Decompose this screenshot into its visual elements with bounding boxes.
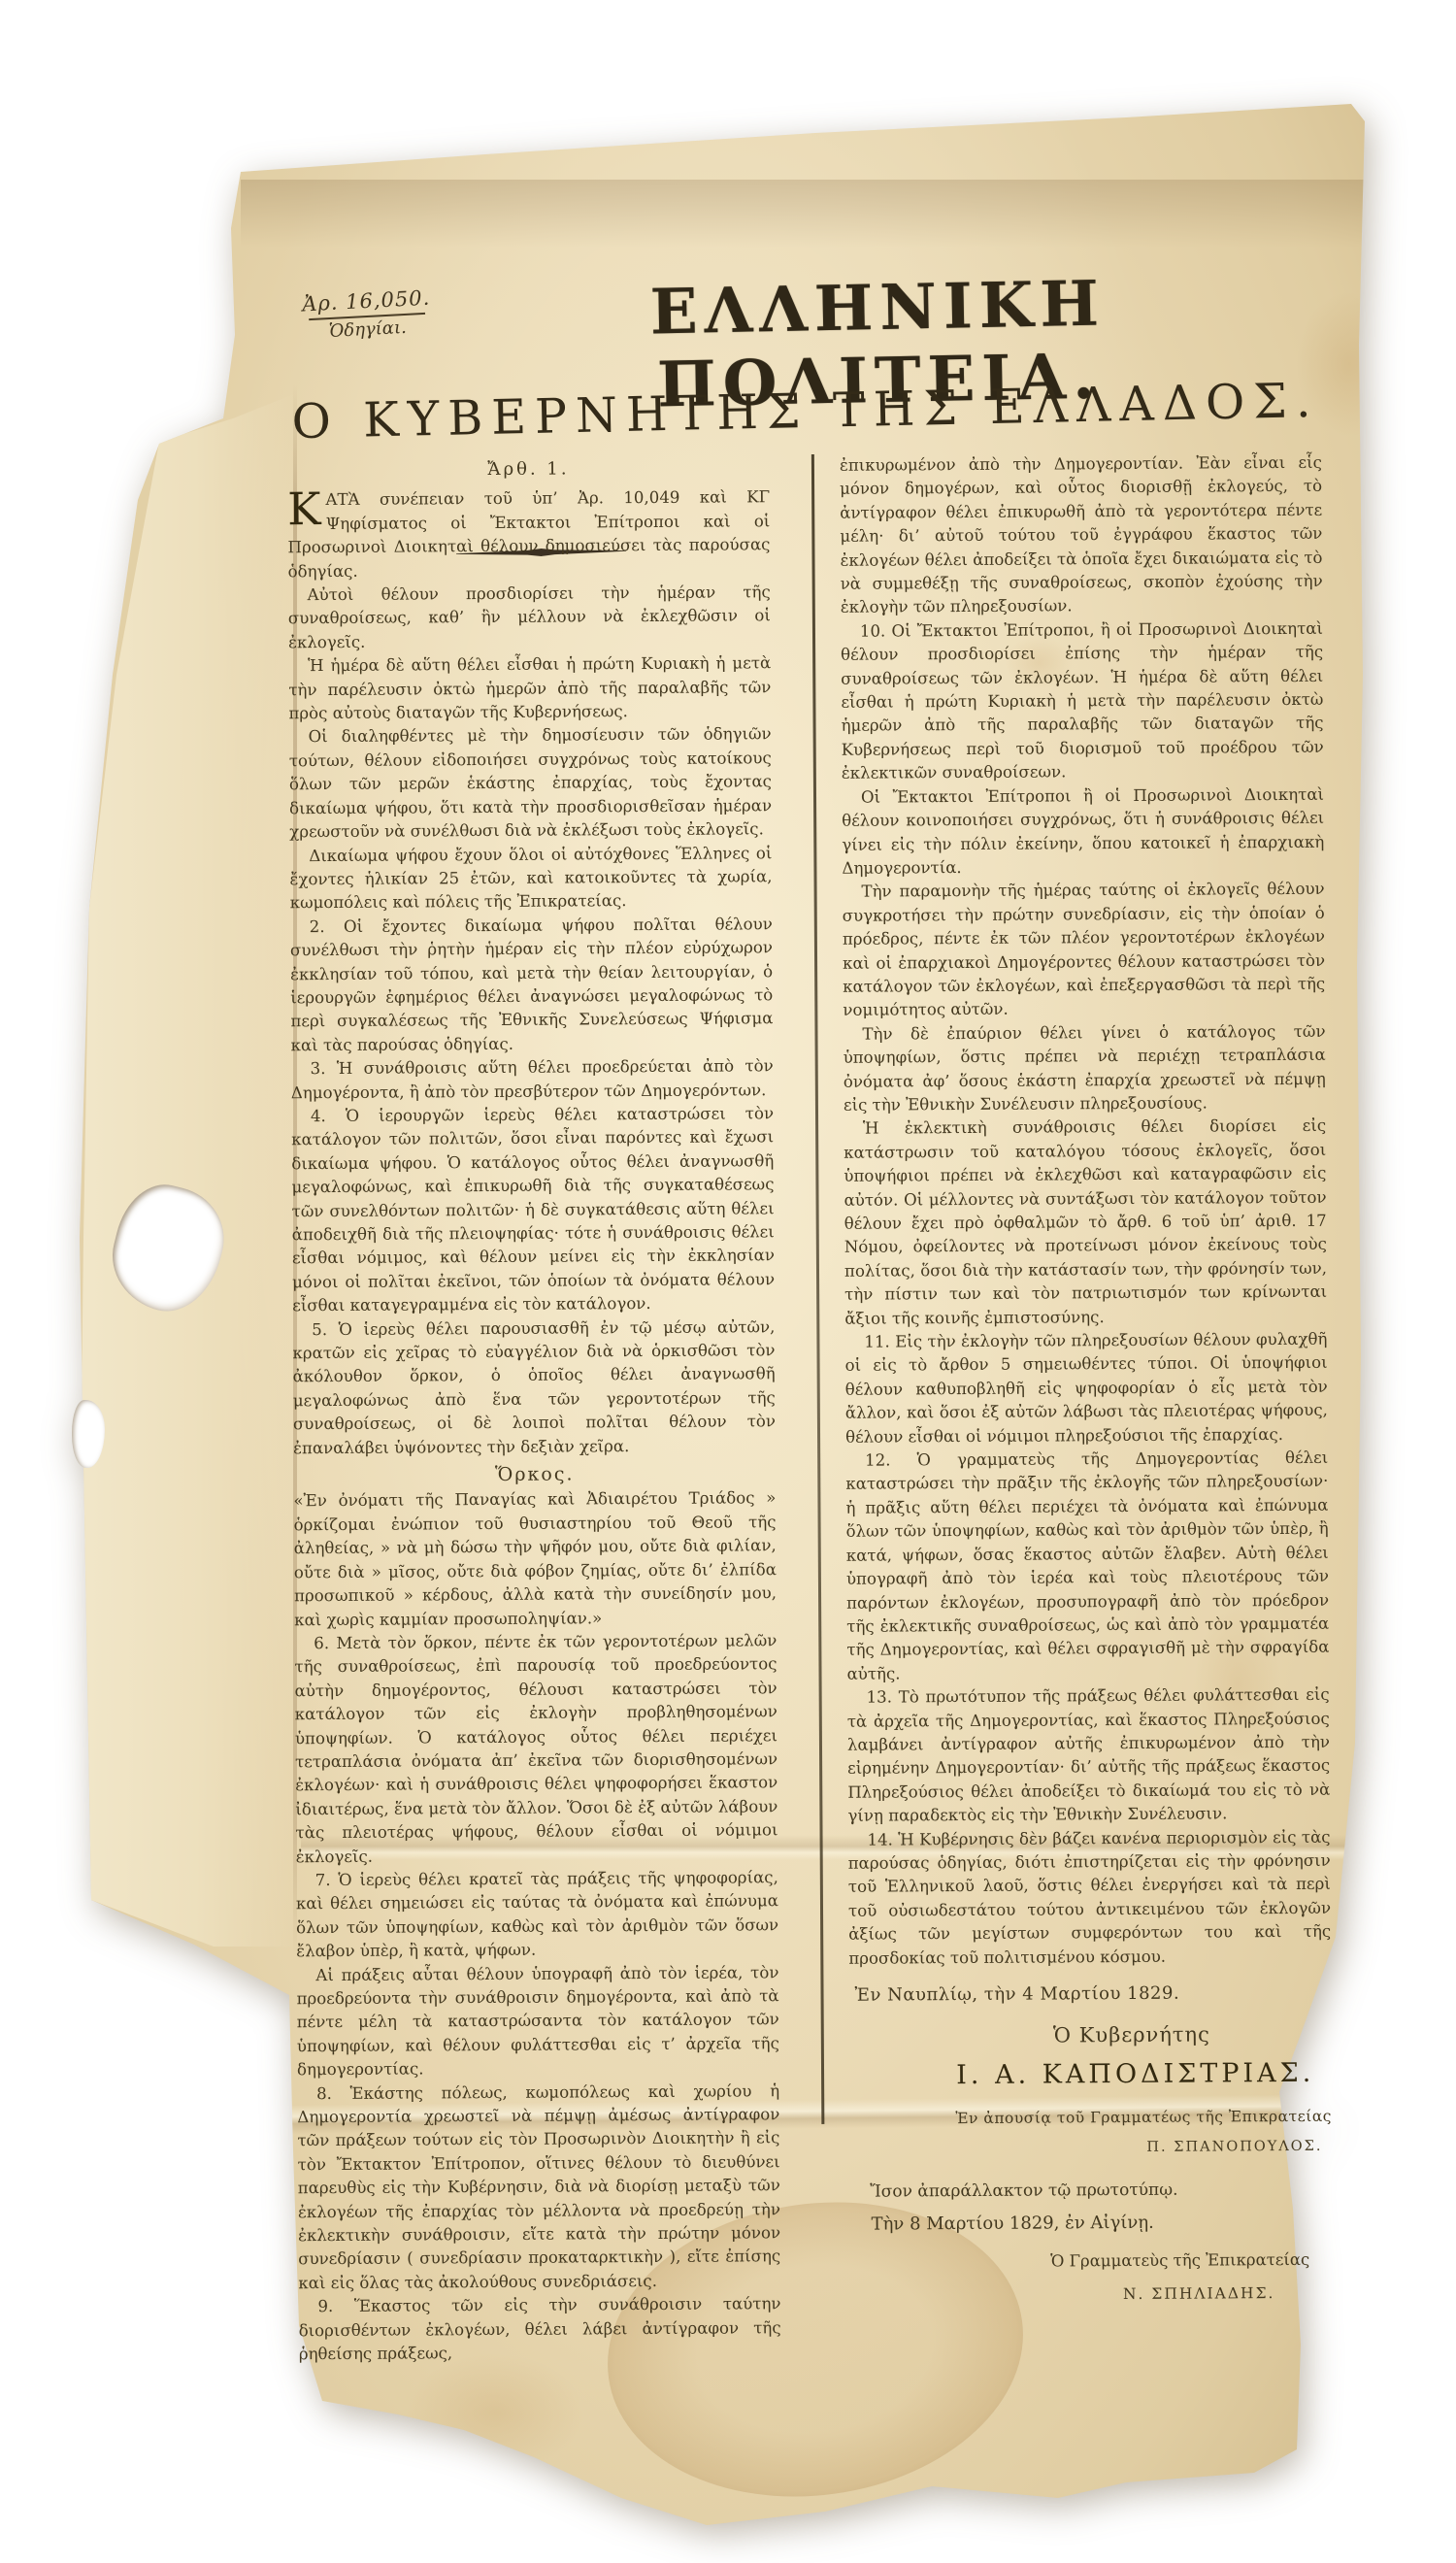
paragraph: Αὐτοὶ θέλουν προσδιορίσει τὴν ἡμέραν τῆς… [288, 581, 771, 654]
secretary-role: Ὁ Γραμματεὺς τῆς Ἐπικρατείας [850, 2248, 1309, 2275]
absence-signature: Π. ΣΠΑΝΟΠΟΥΛΟΣ. [849, 2134, 1322, 2160]
column-divider-rule [811, 454, 825, 2124]
paragraph: Τὴν δὲ ἐπαύριον θέλει γίνει ὁ κατάλογος … [843, 1020, 1326, 1118]
paragraph: ἐπικυρωμένον ἀπὸ τὴν Δημογεροντίαν. Ἐὰν … [840, 451, 1323, 620]
paragraph: 2. Οἱ ἔχοντες δικαίωμα ψήφου πολῖται θέλ… [290, 913, 774, 1057]
secretary-signature: Ν. ΣΠΗΛΙΑΔΗΣ. [850, 2281, 1274, 2308]
paragraph: 4. Ὁ ἱερουργῶν ἱερεὺς θέλει καταστρώσει … [291, 1102, 775, 1318]
paragraph: 7. Ὁ ἱερεὺς θέλει κρατεῖ τὰς πράξεις τῆς… [296, 1866, 779, 1964]
document-scan: Ἀρ. 16,050. Ὁδηγίαι. ΕΛΛΗΝΙΚΗ ΠΟΛΙΤΕΙΑ. … [0, 0, 1456, 2563]
absence-note: Ἐν ἀπουσίᾳ τοῦ Γραμματέως τῆς Ἐπικρατεία… [937, 2105, 1332, 2131]
article-heading: Ἄρθ. 1. [287, 456, 770, 483]
paragraph: Οἱ Ἔκτακτοι Ἐπίτροποι ἢ οἱ Προσωρινοὶ Δι… [842, 782, 1325, 881]
right-column: ἐπικυρωμένον ἀπὸ τὴν Δημογεροντίαν. Ἐὰν … [840, 451, 1334, 2406]
governor-signature: Ι. Α. ΚΑΠΟΔΙΣΤΡΙΑΣ. [908, 2062, 1332, 2088]
paper-folded-flap [78, 335, 296, 1966]
text-columns: Ἄρθ. 1.ΚΑΤᾺ συνέπειαν τοῦ ὑπ’ Ἀρ. 10,049… [287, 451, 1334, 2409]
governor-role: Ὁ Κυβερνήτης [908, 2022, 1332, 2048]
paragraph: 14. Ἡ Κυβέρνησις δὲν βάζει κανένα περιορ… [848, 1825, 1332, 1970]
paragraph: 10. Οἱ Ἔκτακτοι Ἐπίτροποι, ἢ οἱ Προσωριν… [841, 617, 1324, 786]
paragraph: Δικαίωμα ψήφου ἔχουν ὅλοι οἱ αὐτόχθονες … [289, 842, 772, 915]
paragraph: ΚΑΤᾺ συνέπειαν τοῦ ὑπ’ Ἀρ. 10,049 καὶ ΚΓ… [287, 486, 771, 584]
paragraph: Αἱ πράξεις αὗται θέλουν ὑπογραφῆ ἀπὸ τὸν… [296, 1961, 779, 2082]
reference-number: Ἀρ. 16,050. [293, 285, 440, 316]
paragraph: Οἱ διαληφθέντες μὲ τὴν δημοσίευσιν τῶν ὁ… [289, 723, 773, 845]
paragraph: Ἡ ἡμέρα δὲ αὕτη θέλει εἶσθαι ἡ πρώτη Κυρ… [288, 651, 771, 725]
reference-block: Ἀρ. 16,050. Ὁδηγίαι. [293, 285, 442, 344]
paragraph: 13. Τὸ πρωτότυπον τῆς πράξεως θέλει φυλά… [847, 1683, 1331, 1828]
paragraph: 5. Ὁ ἱερεὺς θέλει παρουσιασθῆ ἐν τῷ μέσῳ… [292, 1315, 776, 1460]
oath-heading: Ὅρκος. [293, 1461, 776, 1487]
paragraph: 9. Ἕκαστος τῶν εἰς τὴν συνάθροισιν ταύτη… [298, 2292, 780, 2366]
second-dateline: Τὴν 8 Μαρτίου 1829, ἐν Αἰγίνῃ. [850, 2211, 1333, 2237]
paragraph: 3. Ἡ συνάθροισις αὕτη θέλει προεδρεύεται… [291, 1054, 774, 1105]
top-edge-shading [155, 180, 1378, 248]
certified-copy-note: Ἴσον ἀπαράλλακτον τῷ πρωτοτύπῳ. [850, 2178, 1333, 2204]
oath-paragraph: «Ἐν ὀνόματι τῆς Παναγίας καὶ Ἀδιαιρέτου … [293, 1487, 777, 1632]
paragraph: Ἡ ἐκλεκτικὴ συνάθροισις θέλει διορίσει ε… [844, 1115, 1327, 1331]
left-column: Ἄρθ. 1.ΚΑΤᾺ συνέπειαν τοῦ ὑπ’ Ἀρ. 10,049… [287, 454, 781, 2409]
paragraph: Τὴν παραμονὴν τῆς ἡμέρας ταύτης οἱ ἐκλογ… [843, 878, 1326, 1022]
paragraph: 8. Ἑκάστης πόλεως, κωμοπόλεως καὶ χωρίου… [297, 2080, 780, 2296]
dateline: Ἐν Ναυπλίῳ, τὴν 4 Μαρτίου 1829. [854, 1981, 1331, 2008]
signature-block: Ἐν Ναυπλίῳ, τὴν 4 Μαρτίου 1829. Ὁ Κυβερν… [848, 1981, 1333, 2309]
right-column-paragraphs: ἐπικυρωμένον ἀπὸ τὴν Δημογεροντίαν. Ἐὰν … [840, 451, 1332, 1971]
paragraph: 6. Μετὰ τὸν ὅρκον, πέντε ἐκ τῶν γεροντοτ… [294, 1629, 778, 1869]
paragraph: 11. Εἰς τὴν ἐκλογὴν τῶν πληρεξουσίων θέλ… [844, 1328, 1328, 1449]
paragraph: 12. Ὁ γραμματεὺς τῆς Δημογεροντίας θέλει… [845, 1447, 1329, 1686]
